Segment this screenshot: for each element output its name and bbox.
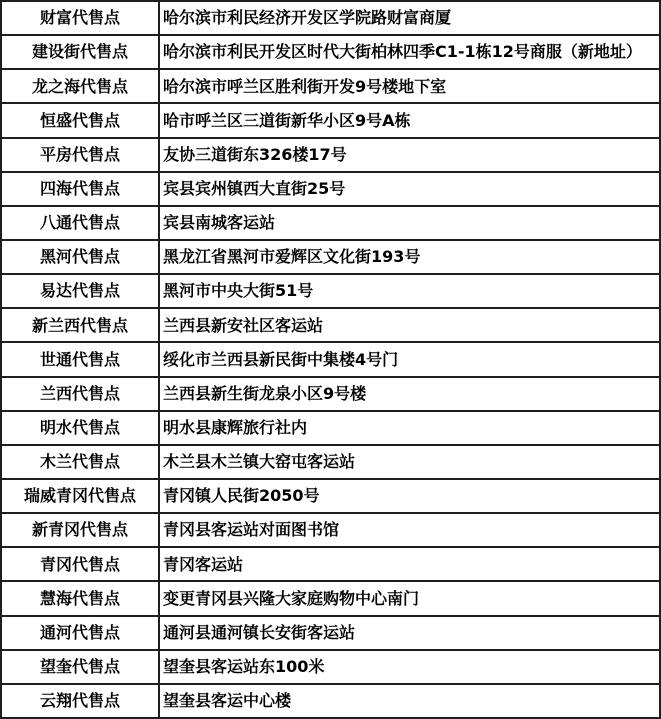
table-row: 兰西代售点 兰西县新生街龙泉小区9号楼 (1, 377, 660, 411)
outlet-address-cell: 变更青冈县兴隆大家庭购物中心南门 (159, 581, 660, 615)
outlet-name-cell: 兰西代售点 (1, 377, 159, 411)
outlet-address-cell: 哈尔滨市呼兰区胜利街开发9号楼地下室 (159, 69, 660, 103)
table-row: 易达代售点 黑河市中央大街51号 (1, 274, 660, 308)
outlet-name-cell: 慧海代售点 (1, 581, 159, 615)
table-row: 新兰西代售点 兰西县新安社区客运站 (1, 308, 660, 342)
table-row: 新青冈代售点 青冈县客运站对面图书馆 (1, 513, 660, 547)
outlets-table: 财富代售点 哈尔滨市利民经济开发区学院路财富商厦 建设街代售点 哈尔滨市利民开发… (0, 0, 661, 719)
outlet-address-cell: 望奎县客运中心楼 (159, 684, 660, 718)
table-row: 云翔代售点 望奎县客运中心楼 (1, 684, 660, 718)
outlet-address-cell: 黑龙江省黑河市爱辉区文化街193号 (159, 240, 660, 274)
outlet-name-cell: 易达代售点 (1, 274, 159, 308)
table-row: 世通代售点 绥化市兰西县新民街中集楼4号门 (1, 342, 660, 376)
outlet-address-cell: 哈尔滨市利民开发区时代大街柏林四季C1-1栋12号商服（新地址） (159, 35, 660, 69)
table-row: 恒盛代售点 哈市呼兰区三道街新华小区9号A栋 (1, 103, 660, 137)
outlet-name-cell: 云翔代售点 (1, 684, 159, 718)
outlet-name-cell: 望奎代售点 (1, 650, 159, 684)
outlet-address-cell: 青冈客运站 (159, 547, 660, 581)
outlet-address-cell: 宾县南城客运站 (159, 206, 660, 240)
outlet-address-cell: 兰西县新安社区客运站 (159, 308, 660, 342)
table-row: 望奎代售点 望奎县客运站东100米 (1, 650, 660, 684)
table-row: 慧海代售点 变更青冈县兴隆大家庭购物中心南门 (1, 581, 660, 615)
outlet-name-cell: 明水代售点 (1, 411, 159, 445)
table-row: 木兰代售点 木兰县木兰镇大窑屯客运站 (1, 445, 660, 479)
table-row: 财富代售点 哈尔滨市利民经济开发区学院路财富商厦 (1, 1, 660, 35)
outlet-name-cell: 通河代售点 (1, 616, 159, 650)
outlet-address-cell: 黑河市中央大街51号 (159, 274, 660, 308)
outlet-address-cell: 友协三道街东326楼17号 (159, 138, 660, 172)
outlets-table-page: 财富代售点 哈尔滨市利民经济开发区学院路财富商厦 建设街代售点 哈尔滨市利民开发… (0, 0, 661, 719)
table-row: 四海代售点 宾县宾州镇西大直街25号 (1, 172, 660, 206)
outlet-name-cell: 黑河代售点 (1, 240, 159, 274)
outlet-address-cell: 明水县康辉旅行社内 (159, 411, 660, 445)
table-row: 黑河代售点 黑龙江省黑河市爱辉区文化街193号 (1, 240, 660, 274)
outlet-name-cell: 平房代售点 (1, 138, 159, 172)
outlet-name-cell: 新兰西代售点 (1, 308, 159, 342)
outlet-name-cell: 瑞威青冈代售点 (1, 479, 159, 513)
outlet-name-cell: 龙之海代售点 (1, 69, 159, 103)
outlet-name-cell: 青冈代售点 (1, 547, 159, 581)
outlet-name-cell: 八通代售点 (1, 206, 159, 240)
outlet-name-cell: 财富代售点 (1, 1, 159, 35)
outlet-address-cell: 望奎县客运站东100米 (159, 650, 660, 684)
outlet-address-cell: 哈市呼兰区三道街新华小区9号A栋 (159, 103, 660, 137)
table-row: 青冈代售点 青冈客运站 (1, 547, 660, 581)
outlet-address-cell: 木兰县木兰镇大窑屯客运站 (159, 445, 660, 479)
outlet-name-cell: 世通代售点 (1, 342, 159, 376)
table-row: 建设街代售点 哈尔滨市利民开发区时代大街柏林四季C1-1栋12号商服（新地址） (1, 35, 660, 69)
table-row: 平房代售点 友协三道街东326楼17号 (1, 138, 660, 172)
outlet-address-cell: 绥化市兰西县新民街中集楼4号门 (159, 342, 660, 376)
outlet-name-cell: 建设街代售点 (1, 35, 159, 69)
table-row: 通河代售点 通河县通河镇长安街客运站 (1, 616, 660, 650)
outlet-address-cell: 青冈县客运站对面图书馆 (159, 513, 660, 547)
outlet-address-cell: 宾县宾州镇西大直街25号 (159, 172, 660, 206)
outlet-address-cell: 哈尔滨市利民经济开发区学院路财富商厦 (159, 1, 660, 35)
table-row: 龙之海代售点 哈尔滨市呼兰区胜利街开发9号楼地下室 (1, 69, 660, 103)
table-row: 八通代售点 宾县南城客运站 (1, 206, 660, 240)
table-row: 瑞威青冈代售点 青冈镇人民街2050号 (1, 479, 660, 513)
outlet-name-cell: 恒盛代售点 (1, 103, 159, 137)
outlet-address-cell: 通河县通河镇长安街客运站 (159, 616, 660, 650)
outlet-address-cell: 兰西县新生街龙泉小区9号楼 (159, 377, 660, 411)
table-row: 明水代售点 明水县康辉旅行社内 (1, 411, 660, 445)
outlet-name-cell: 木兰代售点 (1, 445, 159, 479)
outlet-name-cell: 新青冈代售点 (1, 513, 159, 547)
outlet-address-cell: 青冈镇人民街2050号 (159, 479, 660, 513)
outlet-name-cell: 四海代售点 (1, 172, 159, 206)
